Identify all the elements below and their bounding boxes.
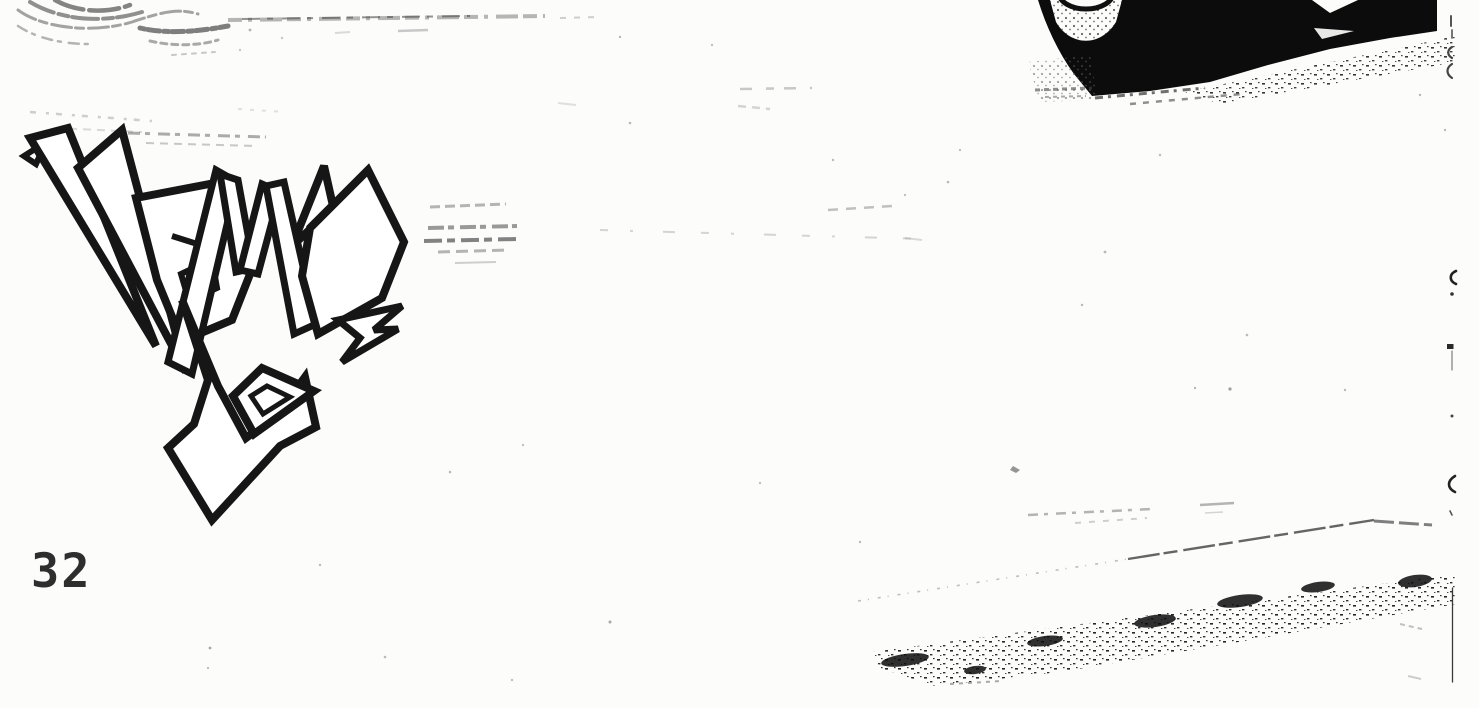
graffiti-tag-drawing	[24, 128, 404, 520]
horizontal-speed-streaks-middle	[424, 204, 925, 263]
manga-page: 32	[0, 0, 1479, 708]
tire-smoke-swirl-smudge	[18, 0, 283, 55]
scan-noise-specks	[207, 36, 1446, 681]
page-number: 32	[31, 544, 92, 599]
page-artwork	[0, 0, 1479, 708]
horizontal-speed-streaks-top	[228, 16, 600, 33]
car-underside-and-tire-silhouette	[1028, 0, 1456, 104]
faint-smudge-dashes-upper	[238, 88, 812, 112]
diagonal-road-speckle-streak	[872, 573, 1456, 686]
smudge-dashes-bottom-center	[1028, 503, 1234, 523]
